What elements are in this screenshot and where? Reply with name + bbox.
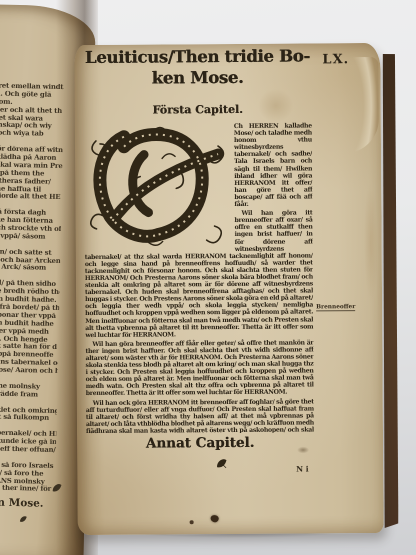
left-page-line: skyn bleff ther offuan/ och <box>0 445 56 455</box>
stain <box>295 445 311 454</box>
left-page-colophon: en Mose. <box>0 497 44 510</box>
running-title-line1: Leuiticus/Then tridie Bo- <box>74 45 320 68</box>
photo-root: { "colors": { "background": "#e9eaeb", "… <box>0 0 416 555</box>
woodcut-initial-O-icon <box>84 124 231 249</box>
ink-spot <box>190 520 194 524</box>
left-page-line: och Mose/ Aaron och h <box>0 366 58 376</box>
body-text: Ch HERREN kalladhe Mose/ och taladhe med… <box>84 122 314 434</box>
book-photo: tokaret emellan windten in. Och göte glä… <box>0 0 416 555</box>
stain <box>361 163 380 323</box>
folio-number: LX. <box>322 52 349 67</box>
page-corner-curl <box>344 57 379 153</box>
left-page-line: öria och wiya tab <box>0 130 63 140</box>
printer-ornament-icon <box>18 514 28 524</box>
left-page-line: war eld ther inne/ för <box>0 485 55 495</box>
left-page-text-fragments: tokaret emellan windten in. Och göte glä… <box>0 82 64 494</box>
signature-mark: N i <box>296 464 308 473</box>
ink-spot <box>210 514 220 523</box>
running-title: Leuiticus/Then tridie Bo- ken Mose. <box>74 45 320 89</box>
marginal-note: Brenneoffer <box>316 304 355 311</box>
running-title-line2: ken Mose. <box>74 66 320 89</box>
chapter-2-heading: Annat Capitel. <box>77 434 323 452</box>
printer-ornament-icon <box>215 457 228 470</box>
body-paragraph: Wil han göra brenneoffer aff fåår eller … <box>85 339 313 397</box>
left-page-line: eller trädde fram <box>0 390 57 400</box>
chapter-1-heading: Första Capitel. <box>75 102 321 117</box>
right-page: Leuiticus/Then tridie Bo- ken Mose. LX. … <box>74 43 383 535</box>
left-page-line: Och alt så fulkompn <box>0 414 57 424</box>
body-paragraph: Wil han ock göra HERRANOM itt brenneoffe… <box>86 398 314 434</box>
